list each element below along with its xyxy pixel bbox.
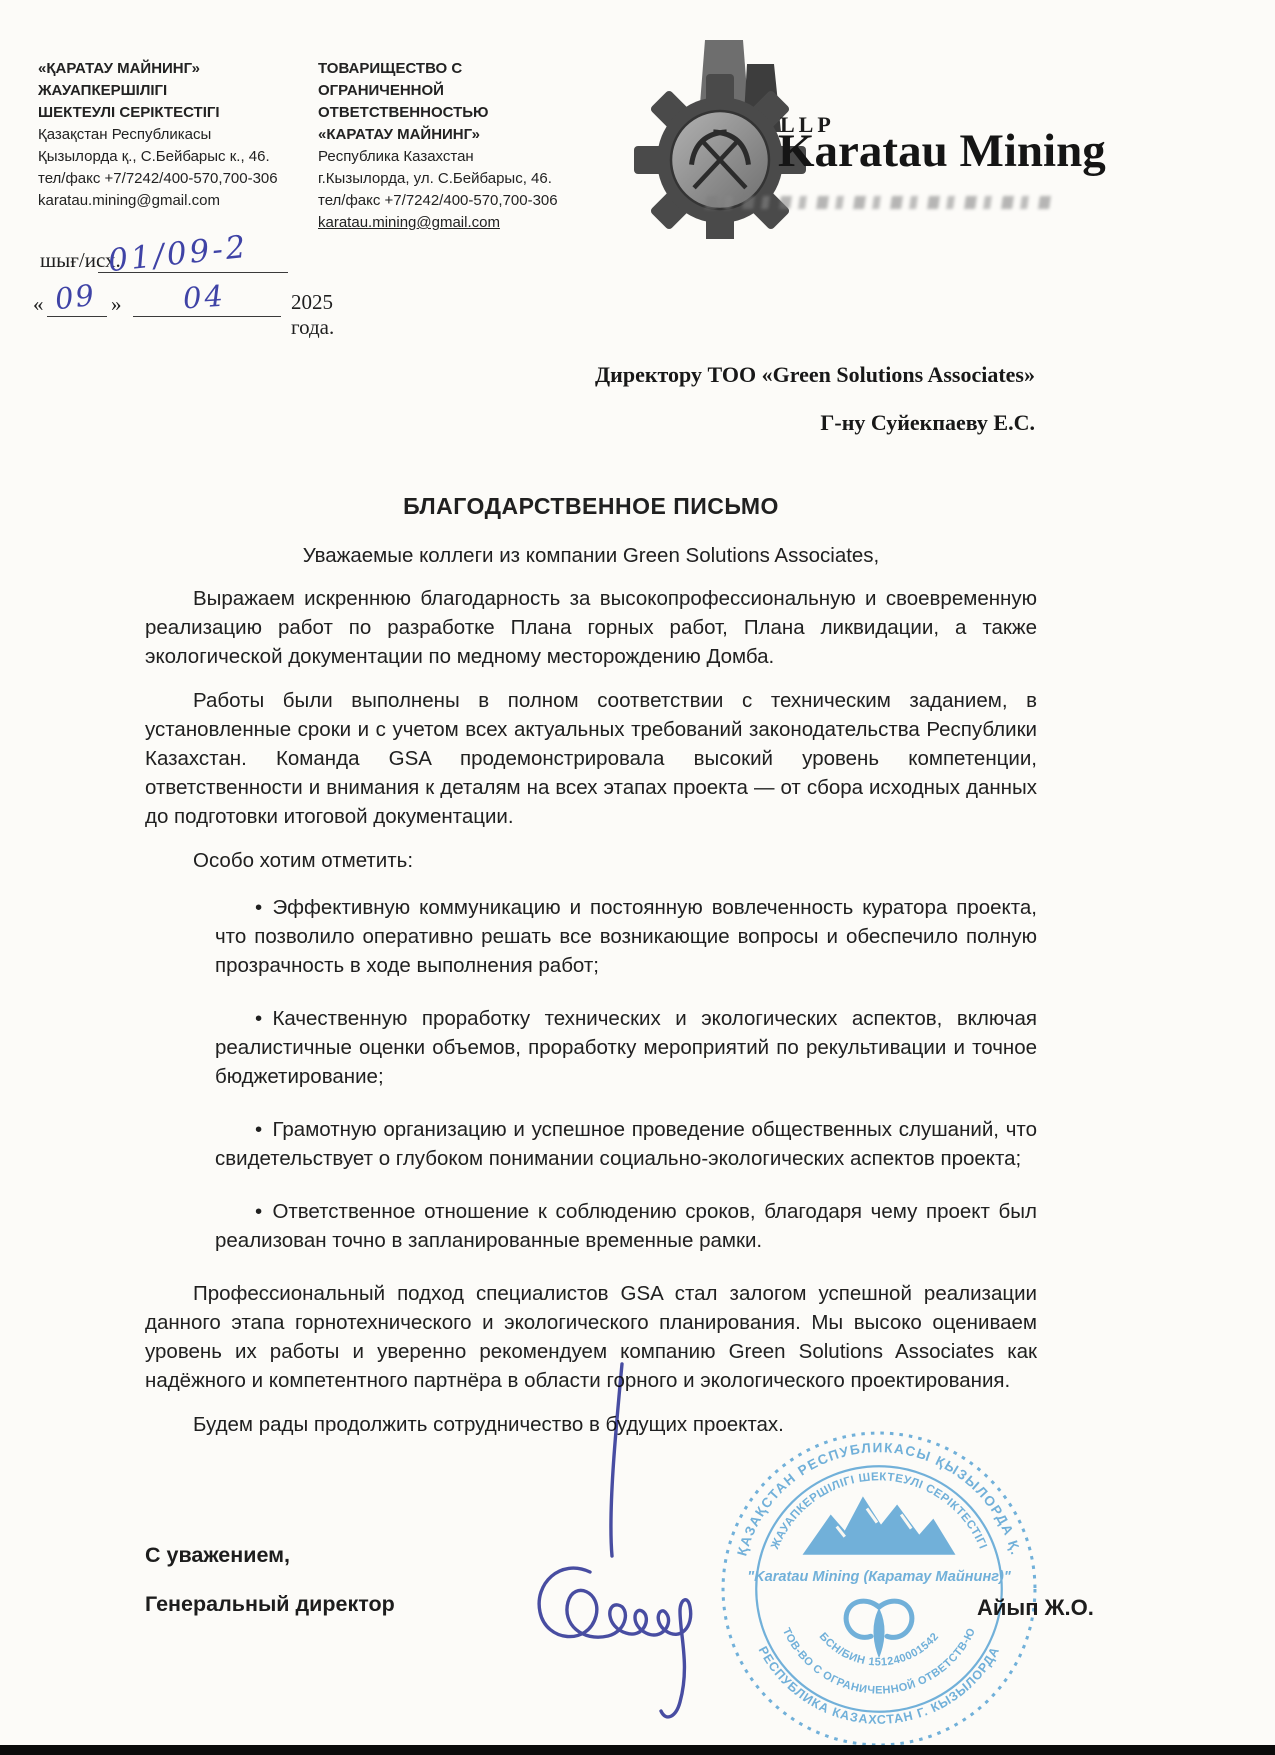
date-quote-close: » xyxy=(111,292,122,317)
company-form-ru-2: ОТВЕТСТВЕННОСТЬЮ xyxy=(318,102,588,124)
logo-company-title: Karatau Mining xyxy=(778,124,1106,178)
signoff-regards: С уважением, xyxy=(145,1543,395,1568)
country-kk: Қазақстан Республикасы xyxy=(38,124,308,146)
letterhead-kazakh-block: «ҚАРАТАУ МАЙНИНГ» ЖАУАПКЕРШІЛІГІ ШЕКТЕУЛ… xyxy=(38,58,308,212)
email-kk: karatau.mining@gmail.com xyxy=(38,190,308,212)
list-item-quality: Качественную проработку технических и эк… xyxy=(215,1004,1037,1091)
email-ru: karatau.mining@gmail.com xyxy=(318,212,588,234)
company-form-kk-1: ЖАУАПКЕРШІЛІГІ xyxy=(38,80,308,102)
address-ru: г.Кызылорда, ул. С.Бейбарыс, 46. xyxy=(318,168,588,190)
company-form-kk-2: ШЕКТЕУЛІ СЕРІКТЕСТІГІ xyxy=(38,102,308,124)
list-item-deadlines: Ответственное отношение к соблюдению сро… xyxy=(215,1197,1037,1255)
company-logo: LLP Karatau Mining xyxy=(598,24,1258,239)
signoff-position: Генеральный директор xyxy=(145,1592,395,1617)
stamp-inner-ring xyxy=(756,1466,1002,1712)
company-stamp: ҚАЗАҚСТАН РЕСПУБЛИКАСЫ ҚЫЗЫЛОРДА Қ. РЕСП… xyxy=(718,1428,1040,1750)
handwritten-signature xyxy=(528,1358,738,1738)
salutation: Уважаемые коллеги из компании Green Solu… xyxy=(145,541,1037,570)
date-day-underline xyxy=(47,316,107,317)
date-month-underline xyxy=(133,316,281,317)
recipient-organization: Директору ТОО «Green Solutions Associate… xyxy=(400,362,1035,388)
paragraph-note-intro: Особо хотим отметить: xyxy=(145,846,1037,875)
phone-ru: тел/факс +7/7242/400-570,700-306 xyxy=(318,190,588,212)
date-quote-open: « xyxy=(33,292,44,317)
letter-body: БЛАГОДАРСТВЕННОЕ ПИСЬМО Уважаемые коллег… xyxy=(145,492,1037,1454)
date-year-label: 2025 года. xyxy=(291,290,334,340)
logo-blur-artifact xyxy=(705,196,1052,209)
stamp-company-name: "Karatau Mining (Каратау Майнинг)" xyxy=(747,1569,1012,1585)
paragraph-work-scope: Работы были выполнены в полном соответст… xyxy=(145,686,1037,831)
highlights-list: Эффективную коммуникацию и постоянную во… xyxy=(145,893,1037,1255)
letterhead-russian-block: ТОВАРИЩЕСТВО С ОГРАНИЧЕННОЙ ОТВЕТСТВЕННО… xyxy=(318,58,588,234)
company-name-kk: «ҚАРАТАУ МАЙНИНГ» xyxy=(38,58,308,80)
address-kk: Қызылорда қ., С.Бейбарыс к., 46. xyxy=(38,146,308,168)
scanner-edge-artifact xyxy=(0,1745,1275,1755)
list-item-communication: Эффективную коммуникацию и постоянную во… xyxy=(215,893,1037,980)
country-ru: Республика Казахстан xyxy=(318,146,588,168)
list-item-hearings: Грамотную организацию и успешное проведе… xyxy=(215,1115,1037,1173)
letter-title: БЛАГОДАРСТВЕННОЕ ПИСЬМО xyxy=(145,492,1037,521)
company-name-ru: «КАРАТАУ МАЙНИНГ» xyxy=(318,124,588,146)
recipient-person: Г-ну Суйекпаеву Е.С. xyxy=(400,410,1035,436)
scanned-letter-page: «ҚАРАТАУ МАЙНИНГ» ЖАУАПКЕРШІЛІГІ ШЕКТЕУЛ… xyxy=(0,0,1275,1755)
company-form-ru-1: ТОВАРИЩЕСТВО С ОГРАНИЧЕННОЙ xyxy=(318,58,588,102)
phone-kk: тел/факс +7/7242/400-570,700-306 xyxy=(38,168,308,190)
stamp-ram-icon xyxy=(846,1601,912,1655)
date-month-handwritten: 04 xyxy=(182,279,227,316)
recipient-block: Директору ТОО «Green Solutions Associate… xyxy=(400,362,1035,436)
signoff-block: С уважением, Генеральный директор xyxy=(145,1543,395,1617)
date-day-handwritten: 09 xyxy=(53,278,98,317)
paragraph-gratitude: Выражаем искреннюю благодарность за высо… xyxy=(145,584,1037,671)
stamp-mountains-icon xyxy=(803,1496,956,1554)
